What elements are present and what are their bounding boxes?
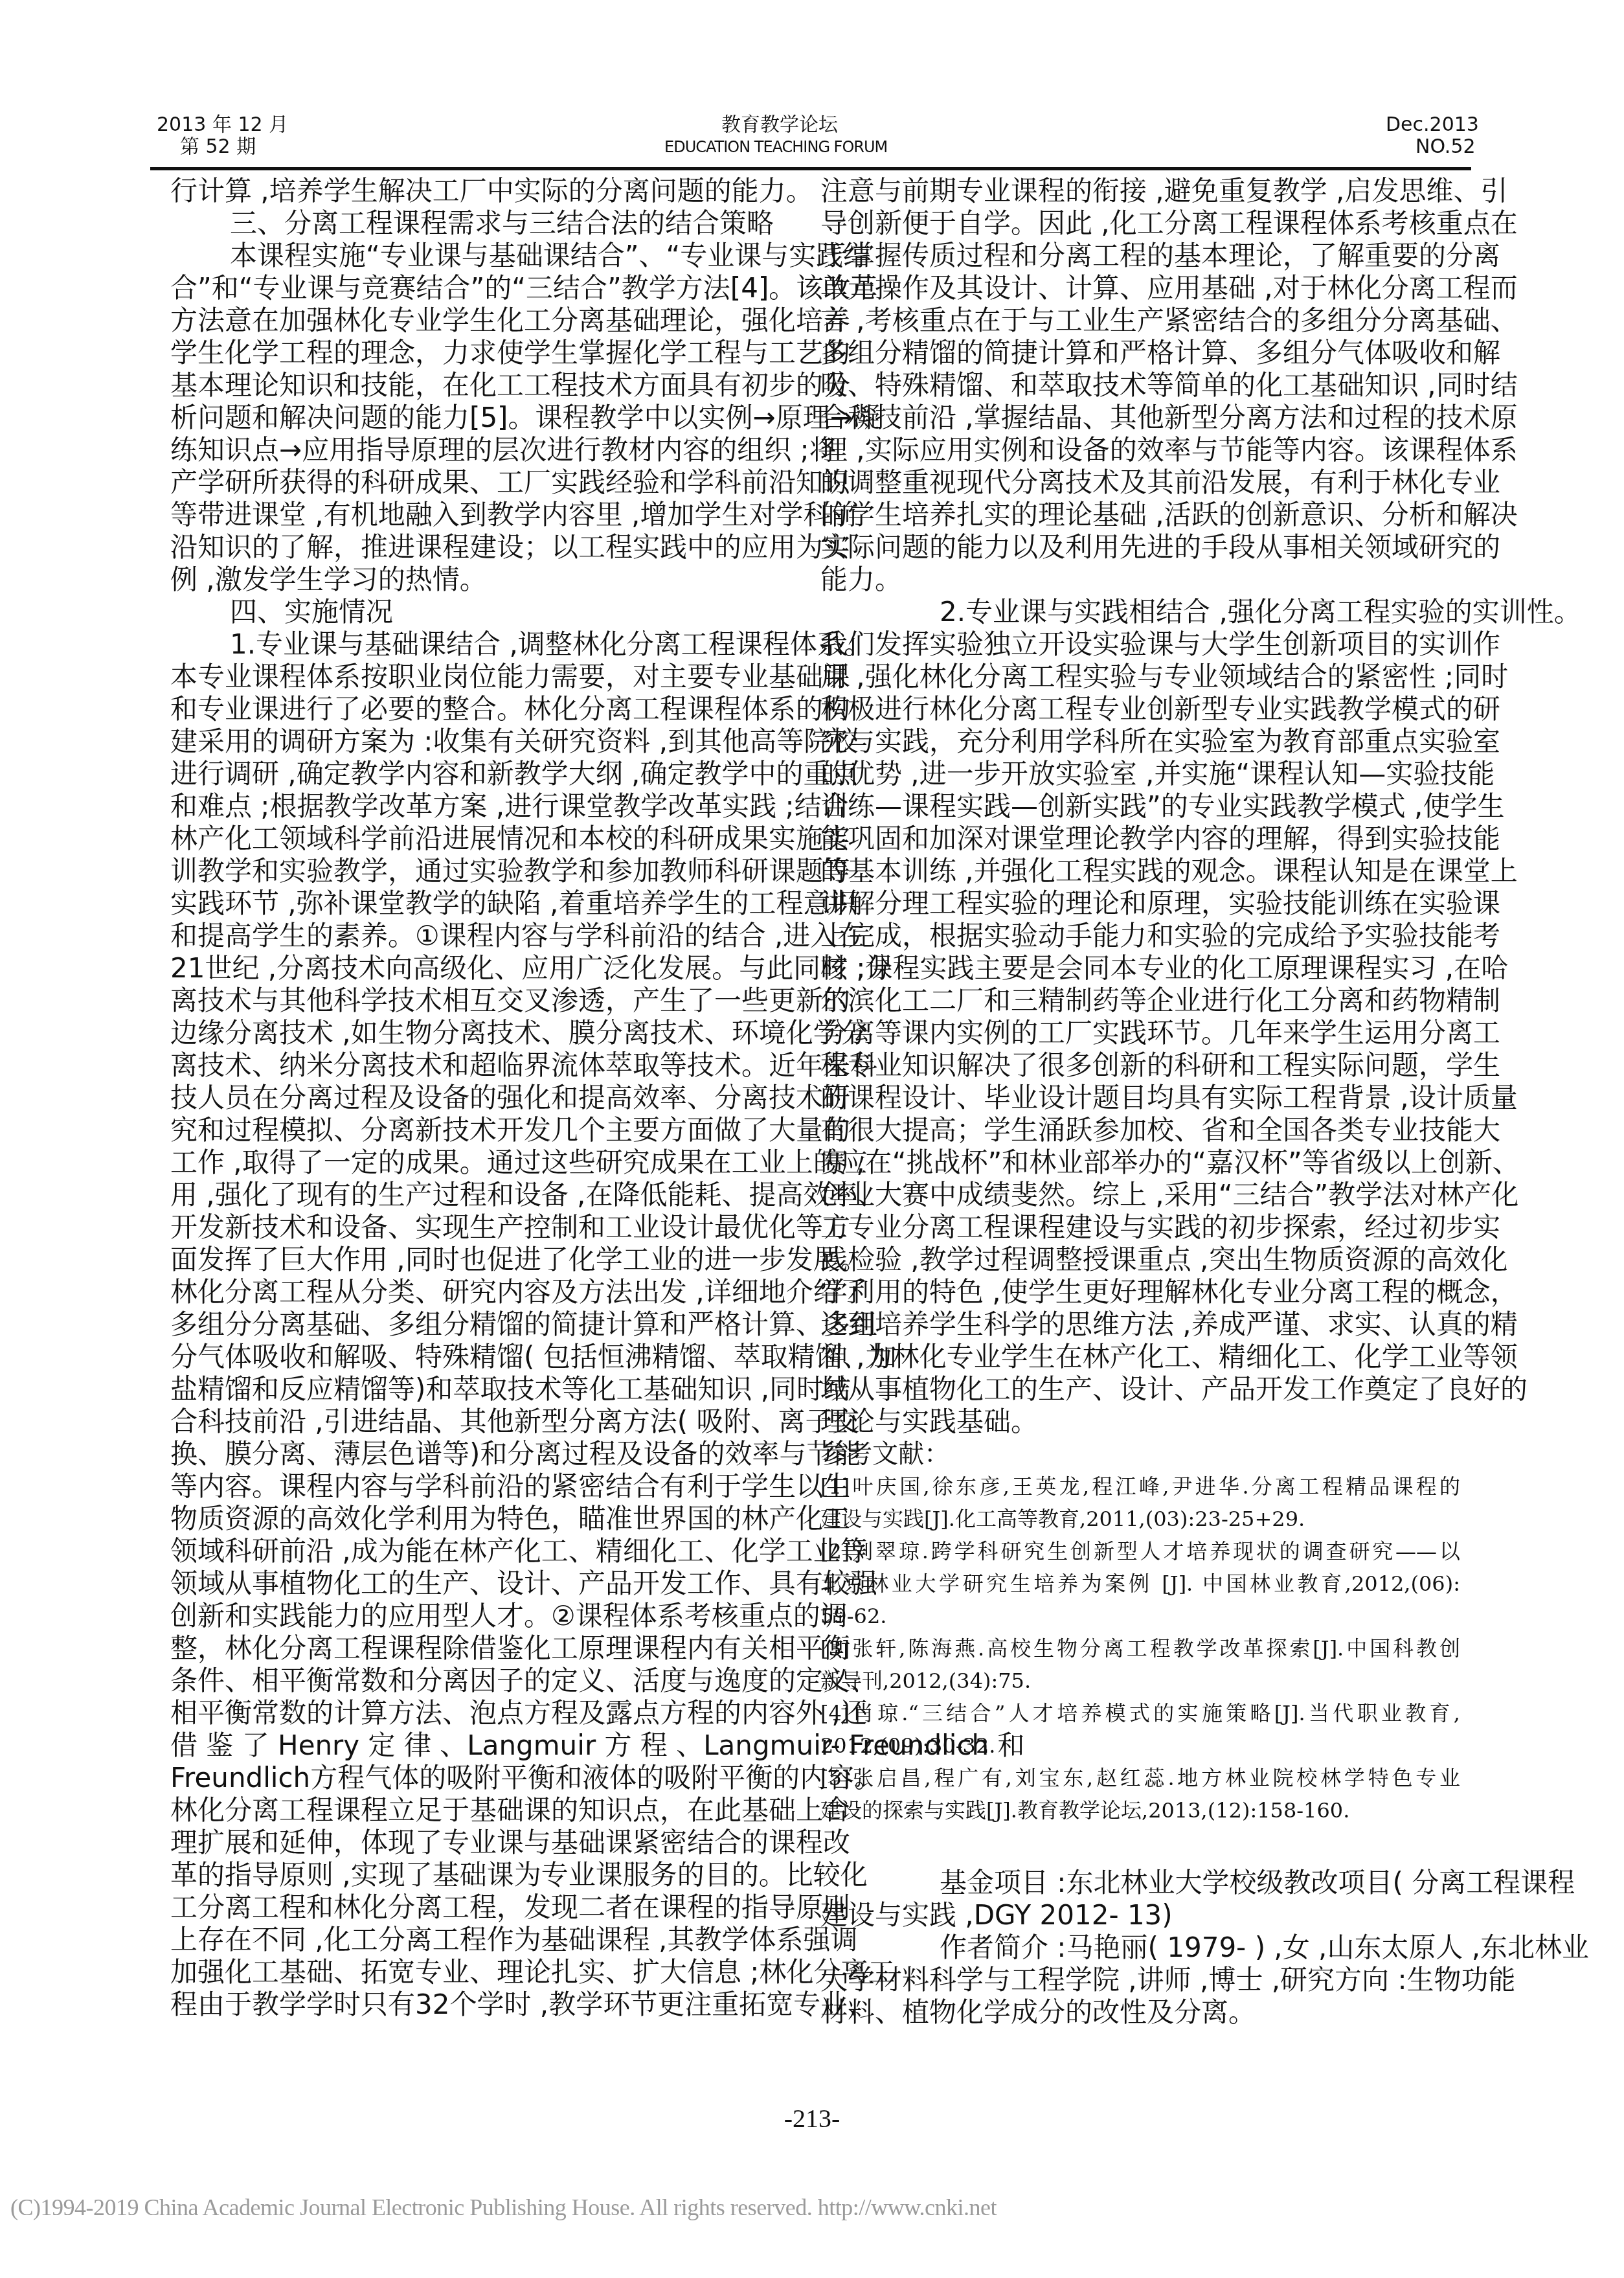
text-line: 三、分离工程课程需求与三结合法的结合策略 [170,207,766,240]
text-line: 合科技前沿 ,引进结晶、其他新型分离方法( 吸附、离子交 [170,1406,766,1438]
reference-line: [5]张启昌,程广有,刘宝东,赵红蕊.地方林业院校林学特色专业 [820,1762,1460,1794]
text-line: 程专业知识解决了很多创新的科研和工程实际问题，学生 [820,1049,1460,1082]
text-line: 多组分精馏的简捷计算和严格计算、多组分气体吸收和解 [820,337,1460,369]
text-line: 林产化工领域科学前沿进展情况和本校的科研成果实施实 [170,823,766,855]
text-line: 讲解分理工程实验的理论和原理，实验技能训练在实验课 [820,887,1460,920]
header-issue-en: NO.52 [1415,136,1476,158]
text-line: 单元操作及其设计、计算、应用基础 ,对于林化分离工程而 [820,272,1460,304]
text-line: 合科技前沿 ,掌握结晶、其他新型分离方法和过程的技术原 [820,402,1460,434]
text-line: 基本理论知识和技能，在化工工程技术方面具有初步的分 [170,369,766,402]
text-line: 林化分离工程从分类、研究内容及方法出发 ,详细地介绍了 [170,1276,766,1308]
text-line: 理扩展和延伸，体现了专业课与基础课紧密结合的课程改 [170,1827,766,1859]
text-line: 用 ,强化了现有的生产过程和设备 ,在降低能耗、提高效率、 [170,1179,766,1211]
text-line: 导创新便于自学。因此 ,化工分离工程课程体系考核重点在 [820,207,1460,240]
text-line: 2.专业课与实践相结合 ,强化分离工程实验的实训性。 [820,596,1460,628]
reference-line: 建设与实践[J].化工高等教育,2011,(03):23-25+29. [820,1503,1460,1535]
text-line: 分气体吸收和解吸、特殊精馏( 包括恒沸精馏、萃取精馏、加 [170,1341,766,1373]
text-line: 实践环节 ,弥补课堂教学的缺陷 ,着重培养学生的工程意识 [170,887,766,920]
text-line: 的调整重视现代分离技术及其前沿发展，有利于林化专业 [820,466,1460,499]
text-line: 的学生培养扎实的理论基础 ,活跃的创新意识、分析和解决 [820,499,1460,531]
text-line: 用 ,强化林化分离工程实验与专业领域结合的紧密性 ;同时 [820,661,1460,693]
text-line: 训练—课程实践—创新实践”的专业实践教学模式 ,使学生 [820,790,1460,823]
text-line: 吸、特殊精馏、和萃取技术等简单的化工基础知识 ,同时结 [820,369,1460,402]
header-issue-cn: 第 52 期 [180,136,256,158]
text-line: 整，林化分离工程课程除借鉴化工原理课程内有关相平衡 [170,1632,766,1665]
reference-line: 59-62. [820,1600,1460,1632]
text-line: 践检验 ,教学过程调整授课重点 ,突出生物质资源的高效化 [820,1244,1460,1276]
text-line: 学生化学工程的理念，力求使学生掌握化学工程与工艺的 [170,337,766,369]
text-line: 领域从事植物化工的生产、设计、产品开发工作、具有较强 [170,1567,766,1600]
funding-line: 基金项目 :东北林业大学校级教改项目( 分离工程课程 [820,1867,1460,1899]
text-line: 开发新技术和设备、实现生产控制和工业设计最优化等方 [170,1211,766,1244]
text-line: 相平衡常数的计算方法、泡点方程及露点方程的内容外 ,还 [170,1697,766,1729]
text-line: 1.专业课与基础课结合 ,调整林化分离工程课程体系。 [170,628,766,661]
text-line: 能力。 [820,564,1460,596]
header-divider [150,167,1471,170]
text-line: 理论与实践基础。 [820,1406,1460,1438]
text-line: 盐精馏和反应精馏等)和萃取技术等化工基础知识 ,同时结 [170,1373,766,1406]
text-line: 理 ,实际应用实例和设备的效率与节能等内容。该课程体系 [820,434,1460,466]
text-line: 领域科研前沿 ,成为能在林产化工、精细化工、化学工业等 [170,1535,766,1567]
text-line: 的基本训练 ,并强化工程实践的观念。课程认知是在课堂上 [820,855,1460,887]
text-line: 本课程实施“专业课与基础课结合”、“专业课与实践结 [170,240,766,272]
text-line: 于掌握传质过程和分离工程的基本理论，了解重要的分离 [820,240,1460,272]
text-line: 分离等课内实例的工厂实践环节。几年来学生运用分离工 [820,1017,1460,1049]
text-line: 进行调研 ,确定教学内容和新教学大纲 ,确定教学中的重点 [170,758,766,790]
header-date-en: Dec.2013 [1386,114,1479,136]
text-line: 林化分离工程课程立足于基础课的知识点，在此基础上合 [170,1794,766,1827]
text-line: 程由于教学学时只有32个学时 ,教学环节更注重拓宽专业、 [170,1988,766,2021]
page-number: -213- [0,2103,1624,2134]
reference-line: 2012,(09):30-32. [820,1729,1460,1762]
text-line: 多组分分离基础、多组分精馏的简捷计算和严格计算、多组 [170,1308,766,1341]
spacer [820,1827,1460,1867]
bio-line: 大学材料科学与工程学院 ,讲师 ,博士 ,研究方向 :生物功能 [820,1964,1460,1996]
text-line: 的课程设计、毕业设计题目均具有实际工程背景 ,设计质量 [820,1082,1460,1114]
reference-line: [2]刘翠琼.跨学科研究生创新型人才培养现状的调查研究——以 [820,1535,1460,1567]
left-column: 行计算 ,培养学生解决工厂中实际的分离问题的能力。三、分离工程课程需求与三结合法… [170,175,766,2021]
text-line: 的优势 ,进一步开放实验室 ,并实施“课程认知—实验技能 [820,758,1460,790]
text-line: 本专业课程体系按职业岗位能力需要，对主要专业基础课 [170,661,766,693]
text-line: 域从事植物化工的生产、设计、产品开发工作奠定了良好的 [820,1373,1460,1406]
text-line: 面发挥了巨大作用 ,同时也促进了化学工业的进一步发展。 [170,1244,766,1276]
text-line: 和提高学生的素养。①课程内容与学科前沿的结合 ,进入在 [170,920,766,952]
text-line: 工分离工程和林化分离工程，发现二者在课程的指导原则 [170,1891,766,1924]
text-line: 等带进课堂 ,有机地融入到教学内容里 ,增加学生对学科前 [170,499,766,531]
text-line: 注意与前期专业课程的衔接 ,避免重复教学 ,启发思维、引 [820,175,1460,207]
text-line: 言 ,考核重点在于与工业生产紧密结合的多组分分离基础、 [820,304,1460,337]
reference-line: 新导刊,2012,(34):75. [820,1665,1460,1697]
reference-line: [4]肖琼.“三结合”人才培养模式的实施策略[J].当代职业教育, [820,1697,1460,1729]
text-line: 创新和实践能力的应用型人才。②课程体系考核重点的调 [170,1600,766,1632]
text-line: 边缘分离技术 ,如生物分离技术、膜分离技术、环境化学分 [170,1017,766,1049]
text-line: 物质资源的高效化学利用为特色，瞄准世界国的林产化工 [170,1503,766,1535]
text-line: 产学研所获得的科研成果、工厂实践经验和学科前沿知识 [170,466,766,499]
text-line: 借 鉴 了 Henry 定 律 、Langmuir 方 程 、Langmuir-… [170,1729,766,1762]
reference-line: 建设的探索与实践[J].教育教学论坛,2013,(12):158-160. [820,1794,1460,1827]
text-line: 四、实施情况 [170,596,766,628]
text-line: Freundlich方程气体的吸附平衡和液体的吸附平衡的内容。 [170,1762,766,1794]
text-line: 技人员在分离过程及设备的强化和提高效率、分离技术研 [170,1082,766,1114]
copyright-notice: (C)1994-2019 China Academic Journal Elec… [10,2194,997,2221]
header-journal-cn: 教育教学论坛 [721,114,838,136]
text-line: 实际问题的能力以及利用先进的手段从事相关领域研究的 [820,531,1460,564]
right-column-body: 注意与前期专业课程的衔接 ,避免重复教学 ,启发思维、引导创新便于自学。因此 ,… [820,175,1460,1438]
author-bio: 作者简介 :马艳丽( 1979- ) ,女 ,山东太原人 ,东北林业大学材料科学… [820,1931,1460,2029]
text-line: 上完成，根据实验动手能力和实验的完成给予实验技能考 [820,920,1460,952]
text-line: 核 ;课程实践主要是会同本专业的化工原理课程实习 ,在哈 [820,952,1460,985]
text-line: 神 ,为林化专业学生在林产化工、精细化工、化学工业等领 [820,1341,1460,1373]
text-line: 我们发挥实验独立开设实验课与大学生创新项目的实训作 [820,628,1460,661]
text-line: 积极进行林化分离工程专业创新型专业实践教学模式的研 [820,693,1460,725]
bio-line: 材料、植物化学成分的改性及分离。 [820,1996,1460,2029]
text-line: 建采用的调研方案为 :收集有关研究资料 ,到其他高等院校 [170,725,766,758]
text-line: 能巩固和加深对课堂理论教学内容的理解，得到实验技能 [820,823,1460,855]
text-line: 和难点 ;根据教学改革方案 ,进行课堂教学改革实践 ;结合 [170,790,766,823]
text-line: 尔滨化工二厂和三精制药等企业进行化工分离和药物精制 [820,985,1460,1017]
text-line: 离技术、纳米分离技术和超临界流体萃取等技术。近年来科 [170,1049,766,1082]
references-heading: 参考文献： [820,1438,1460,1470]
text-line: 究和过程模拟、分离新技术开发几个主要方面做了大量的 [170,1114,766,1146]
text-line: 练知识点→应用指导原理的层次进行教材内容的组织 ;将 [170,434,766,466]
text-line: 训教学和实验教学，通过实验教学和参加教师科研课题等 [170,855,766,887]
text-line: 创业大赛中成绩斐然。综上 ,采用“三结合”教学法对林产化 [820,1179,1460,1211]
reference-line: [3]张轩,陈海燕.高校生物分离工程教学改革探索[J].中国科教创 [820,1632,1460,1665]
text-line: 赛 ,在“挑战杯”和林业部举办的“嘉汉杯”等省级以上创新、 [820,1146,1460,1179]
header-journal-en: EDUCATION TEACHING FORUM [664,136,887,158]
funding-note: 基金项目 :东北林业大学校级教改项目( 分离工程课程建设与实践 ,DGY 201… [820,1867,1460,1931]
text-line: 究与实践，充分利用学科所在实验室为教育部重点实验室 [820,725,1460,758]
text-line: 加强化工基础、拓宽专业、理论扎实、扩大信息 ;林化分离工 [170,1956,766,1988]
right-column: 注意与前期专业课程的衔接 ,避免重复教学 ,启发思维、引导创新便于自学。因此 ,… [820,175,1460,2029]
reference-line: 北京林业大学研究生培养为案例 [J]. 中国林业教育,2012,(06): [820,1567,1460,1600]
text-line: 合”和“专业课与竞赛结合”的“三结合”教学方法[4]。该改革 [170,272,766,304]
text-line: 革的指导原则 ,实现了基础课为专业课服务的目的。比较化 [170,1859,766,1891]
text-line: 方法意在加强林化专业学生化工分离基础理论，强化培养 [170,304,766,337]
text-line: 等内容。课程内容与学科前沿的紧密结合有利于学生以生 [170,1470,766,1503]
text-line: 例 ,激发学生学习的热情。 [170,564,766,596]
text-line: 学利用的特色 ,使学生更好理解林化专业分离工程的概念， [820,1276,1460,1308]
text-line: 行计算 ,培养学生解决工厂中实际的分离问题的能力。 [170,175,766,207]
bio-line: 作者简介 :马艳丽( 1979- ) ,女 ,山东太原人 ,东北林业 [820,1931,1460,1964]
text-line: 工作 ,取得了一定的成果。通过这些研究成果在工业上的应 [170,1146,766,1179]
reference-line: [1]叶庆国,徐东彦,王英龙,程江峰,尹进华.分离工程精品课程的 [820,1470,1460,1503]
text-line: 上存在不同 ,化工分离工程作为基础课程 ,其教学体系强调 [170,1924,766,1956]
text-line: 工专业分离工程课程建设与实践的初步探索，经过初步实 [820,1211,1460,1244]
header-date-cn: 2013 年 12 月 [157,114,288,136]
funding-line: 建设与实践 ,DGY 2012- 13) [820,1899,1460,1931]
text-line: 离技术与其他科学技术相互交叉渗透，产生了一些更新的 [170,985,766,1017]
text-line: 换、膜分离、薄层色谱等)和分离过程及设备的效率与节能 [170,1438,766,1470]
text-line: 条件、相平衡常数和分离因子的定义、活度与逸度的定义、 [170,1665,766,1697]
text-line: 有很大提高；学生涌跃参加校、省和全国各类专业技能大 [820,1114,1460,1146]
text-line: 达到培养学生科学的思维方法 ,养成严谨、求实、认真的精 [820,1308,1460,1341]
text-line: 析问题和解决问题的能力[5]。课程教学中以实例→原理→凝 [170,402,766,434]
text-line: 21世纪 ,分离技术向高级化、应用广泛化发展。与此同时 ,分 [170,952,766,985]
text-line: 和专业课进行了必要的整合。林化分离工程课程体系的构 [170,693,766,725]
references-list: [1]叶庆国,徐东彦,王英龙,程江峰,尹进华.分离工程精品课程的建设与实践[J]… [820,1470,1460,1827]
text-line: 沿知识的了解，推进课程建设；以工程实践中的应用为实 [170,531,766,564]
